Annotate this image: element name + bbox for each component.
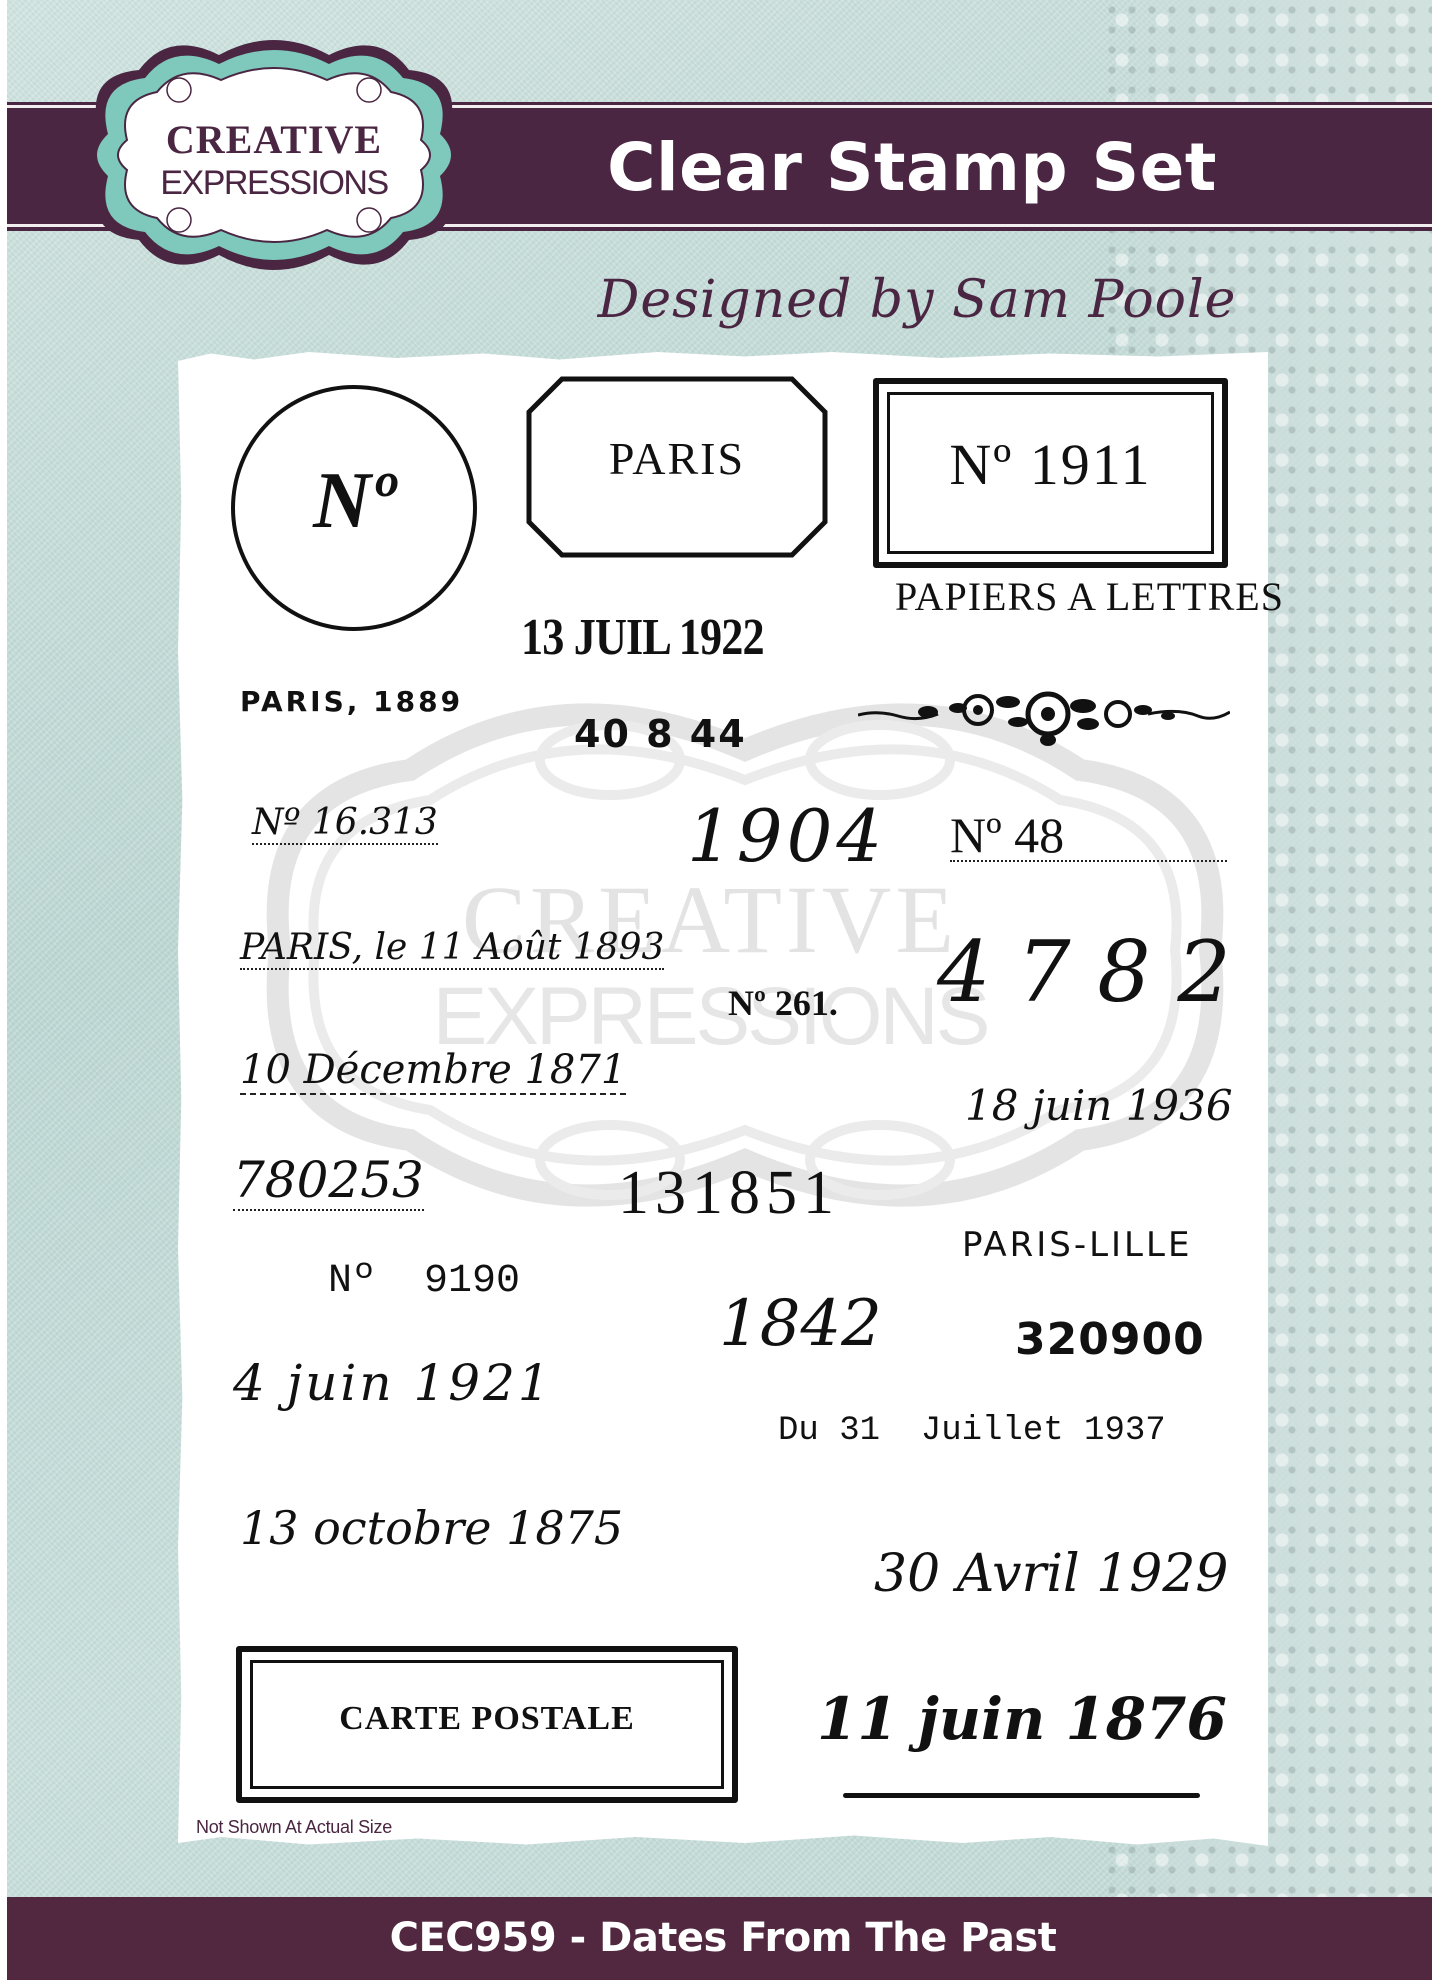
num-780253-text: 780253 (233, 1151, 424, 1211)
decembre-1871-stamp: 10 Décembre 1871 (240, 1050, 626, 1090)
floral-spray-icon (858, 680, 1230, 750)
num-40844-stamp: 40 8 44 (574, 715, 747, 753)
year-1904-stamp: 1904 (687, 800, 886, 872)
product-title: Clear Stamp Set (567, 118, 1257, 218)
year-1842-stamp: 1842 (719, 1292, 882, 1356)
carte-postale-box-stamp: CARTE POSTALE (236, 1646, 738, 1803)
no-48-stamp: Nº 48 (950, 810, 1227, 862)
brand-name-line1: CREATIVE (69, 118, 479, 162)
numero-symbol: Nº (235, 461, 473, 541)
juil-1922-stamp: 13 JUIL 1922 (521, 612, 764, 664)
paris-le-11-aout-1893-text: PARIS, le 11 Août 1893 (240, 927, 664, 970)
no-1911-box-stamp: Nº 1911 (873, 378, 1228, 568)
no-9190-stamp: Nº 9190 (328, 1262, 520, 1302)
paris-lille-stamp: PARIS-LILLE (962, 1228, 1192, 1262)
num-131851-stamp: 131851 (618, 1162, 840, 1224)
decembre-1871-text: 10 Décembre 1871 (240, 1047, 626, 1095)
size-disclaimer: Not Shown At Actual Size (196, 1817, 392, 1838)
brand-logo: CREATIVE EXPRESSIONS (69, 30, 479, 280)
num-4782-stamp: 4 7 8 2 (937, 930, 1231, 1014)
brand-name-line2: EXPRESSIONS (69, 164, 479, 202)
num-780253-stamp: 780253 (233, 1155, 424, 1205)
designer-credit: Designed by Sam Poole (577, 255, 1257, 345)
juin-1876-stamp: 11 juin 1876 (817, 1690, 1227, 1748)
juillet-1937-stamp: Du 31 Juillet 1937 (778, 1414, 1166, 1448)
paris-le-11-aout-1893-stamp: PARIS, le 11 Août 1893 (240, 930, 664, 966)
carte-postale-text: CARTE POSTALE (242, 1702, 732, 1736)
octobre-1875-stamp: 13 octobre 1875 (240, 1505, 623, 1551)
product-code-title: CEC959 - Dates From The Past (7, 1897, 1432, 1980)
numero-circle-stamp: Nº (231, 385, 477, 631)
no-261-stamp: Nº 261. (728, 985, 838, 1021)
no-16313-stamp: Nº 16.313 (252, 805, 438, 841)
paris-1889-stamp: PARIS, 1889 (240, 688, 463, 716)
juin-1936-stamp: 18 juin 1936 (965, 1085, 1233, 1127)
no-16313-text: Nº 16.313 (252, 802, 438, 845)
no-1911-text: Nº 1911 (879, 436, 1222, 494)
avril-1929-stamp: 30 Avril 1929 (874, 1548, 1229, 1600)
num-320900-stamp: 320900 (1015, 1318, 1205, 1362)
juin-1876-underline (843, 1793, 1200, 1798)
papiers-a-lettres-stamp: PAPIERS A LETTRES (895, 577, 1284, 617)
juin-1921-stamp: 4 juin 1921 (233, 1358, 553, 1408)
paris-label: PARIS (526, 436, 828, 482)
no-48-text: Nº 48 (950, 810, 1227, 862)
